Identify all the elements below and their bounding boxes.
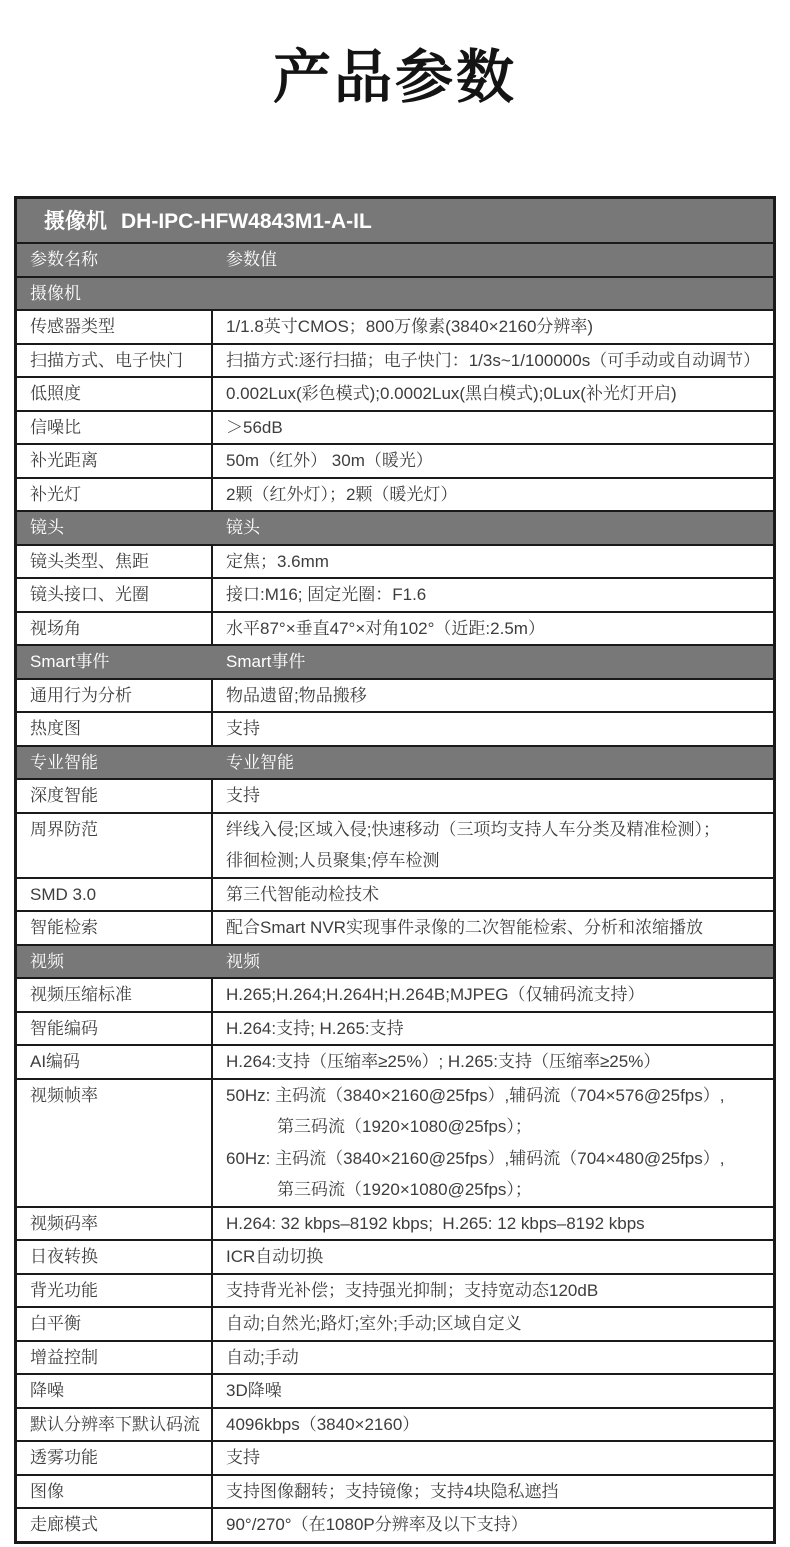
param-name: 默认分辨率下默认码流: [17, 1409, 211, 1441]
param-value: 90°/270°（在1080P分辨率及以下支持）: [211, 1509, 773, 1541]
param-name: 低照度: [17, 378, 211, 410]
param-name: 镜头: [17, 512, 211, 544]
param-name: 镜头类型、焦距: [17, 546, 211, 578]
param-value: ＞56dB: [211, 412, 773, 444]
param-name: 视频帧率: [17, 1080, 211, 1206]
table-header-row: 摄像机DH-IPC-HFW4843M1-A-IL: [17, 199, 773, 244]
spec-row: 智能编码H.264:支持; H.265:支持: [17, 1013, 773, 1047]
product-category: 摄像机: [44, 210, 107, 233]
spec-row: 白平衡自动;自然光;路灯;室外;手动;区域自定义: [17, 1308, 773, 1342]
param-name: 智能检索: [17, 912, 211, 944]
param-value: [211, 278, 773, 310]
param-value: 水平87°×垂直47°×对角102°（近距:2.5m）: [211, 613, 773, 645]
spec-row: SMD 3.0第三代智能动检技术: [17, 879, 773, 913]
param-value: H.265;H.264;H.264H;H.264B;MJPEG（仅辅码流支持）: [211, 979, 773, 1011]
spec-row: 深度智能支持: [17, 780, 773, 814]
param-name: 视频: [17, 946, 211, 978]
param-value: 50m（红外） 30m（暖光）: [211, 445, 773, 477]
param-value: 2颗（红外灯）；2颗（暖光灯）: [211, 479, 773, 511]
param-name: Smart事件: [17, 646, 211, 678]
param-value: 绊线入侵;区域入侵;快速移动（三项均支持人车分类及精准检测）； 徘徊检测;人员聚…: [211, 814, 773, 877]
spec-row: 周界防范绊线入侵;区域入侵;快速移动（三项均支持人车分类及精准检测）； 徘徊检测…: [17, 814, 773, 879]
param-name: SMD 3.0: [17, 879, 211, 911]
param-name: 走廊模式: [17, 1509, 211, 1541]
param-value: 自动;手动: [211, 1342, 773, 1374]
param-name: 深度智能: [17, 780, 211, 812]
param-name: 摄像机: [17, 278, 211, 310]
param-name: 传感器类型: [17, 311, 211, 343]
param-name: 视频压缩标准: [17, 979, 211, 1011]
param-name: 扫描方式、电子快门: [17, 345, 211, 377]
spec-row: 镜头接口、光圈接口:M16; 固定光圈：F1.6: [17, 579, 773, 613]
param-value: 配合Smart NVR实现事件录像的二次智能检索、分析和浓缩播放: [211, 912, 773, 944]
spec-row: 通用行为分析物品遗留;物品搬移: [17, 680, 773, 714]
param-value: 扫描方式:逐行扫描；电子快门：1/3s~1/100000s（可手动或自动调节）: [211, 345, 773, 377]
param-name: 增益控制: [17, 1342, 211, 1374]
spec-row: 扫描方式、电子快门扫描方式:逐行扫描；电子快门：1/3s~1/100000s（可…: [17, 345, 773, 379]
param-value: 第三代智能动检技术: [211, 879, 773, 911]
param-name: 白平衡: [17, 1308, 211, 1340]
section-row: 专业智能专业智能: [17, 747, 773, 781]
param-name: 周界防范: [17, 814, 211, 877]
spec-row: 补光灯2颗（红外灯）；2颗（暖光灯）: [17, 479, 773, 513]
param-value: 0.002Lux(彩色模式);0.0002Lux(黑白模式);0Lux(补光灯开…: [211, 378, 773, 410]
param-value: 支持: [211, 780, 773, 812]
param-name: 补光距离: [17, 445, 211, 477]
spec-row: 透雾功能支持: [17, 1442, 773, 1476]
param-value: 镜头: [211, 512, 773, 544]
param-value: 支持背光补偿；支持强光抑制；支持宽动态120dB: [211, 1275, 773, 1307]
param-value: 支持图像翻转；支持镜像；支持4块隐私遮挡: [211, 1476, 773, 1508]
param-value: H.264: 32 kbps–8192 kbps; H.265: 12 kbps…: [211, 1208, 773, 1240]
section-row: 视频视频: [17, 946, 773, 980]
spec-row: 传感器类型1/1.8英寸CMOS；800万像素(3840×2160分辨率): [17, 311, 773, 345]
section-row: 镜头镜头: [17, 512, 773, 546]
param-name: 透雾功能: [17, 1442, 211, 1474]
param-value: 支持: [211, 713, 773, 745]
param-name: 智能编码: [17, 1013, 211, 1045]
spec-table: 摄像机DH-IPC-HFW4843M1-A-IL 参数名称 参数值 摄像机传感器…: [14, 196, 776, 1544]
spec-row: 智能检索配合Smart NVR实现事件录像的二次智能检索、分析和浓缩播放: [17, 912, 773, 946]
spec-row: 图像支持图像翻转；支持镜像；支持4块隐私遮挡: [17, 1476, 773, 1510]
param-value: ICR自动切换: [211, 1241, 773, 1273]
param-value: 接口:M16; 固定光圈：F1.6: [211, 579, 773, 611]
column-header-row: 参数名称 参数值: [17, 244, 773, 278]
param-value: Smart事件: [211, 646, 773, 678]
spec-row: 镜头类型、焦距定焦；3.6mm: [17, 546, 773, 580]
param-name: 专业智能: [17, 747, 211, 779]
param-name: 背光功能: [17, 1275, 211, 1307]
column-header-value: 参数值: [211, 244, 773, 276]
param-name: 视场角: [17, 613, 211, 645]
spec-row: 默认分辨率下默认码流4096kbps（3840×2160）: [17, 1409, 773, 1443]
param-value: 专业智能: [211, 747, 773, 779]
param-value: H.264:支持; H.265:支持: [211, 1013, 773, 1045]
table-body: 摄像机传感器类型1/1.8英寸CMOS；800万像素(3840×2160分辨率)…: [17, 278, 773, 1541]
param-value: 定焦；3.6mm: [211, 546, 773, 578]
param-value: 4096kbps（3840×2160）: [211, 1409, 773, 1441]
section-row: 摄像机: [17, 278, 773, 312]
spec-row: AI编码H.264:支持（压缩率≥25%）; H.265:支持（压缩率≥25%）: [17, 1046, 773, 1080]
param-value: 支持: [211, 1442, 773, 1474]
spec-row: 增益控制自动;手动: [17, 1342, 773, 1376]
spec-row: 日夜转换ICR自动切换: [17, 1241, 773, 1275]
column-header-name: 参数名称: [17, 244, 211, 276]
param-value: 自动;自然光;路灯;室外;手动;区域自定义: [211, 1308, 773, 1340]
spec-row: 背光功能支持背光补偿；支持强光抑制；支持宽动态120dB: [17, 1275, 773, 1309]
param-name: 视频码率: [17, 1208, 211, 1240]
page-title: 产品参数: [0, 36, 790, 120]
param-value: 物品遗留;物品搬移: [211, 680, 773, 712]
param-name: 日夜转换: [17, 1241, 211, 1273]
param-value: 3D降噪: [211, 1375, 773, 1407]
param-value: 50Hz: 主码流（3840×2160@25fps）,辅码流（704×576@2…: [211, 1080, 773, 1206]
section-row: Smart事件Smart事件: [17, 646, 773, 680]
param-value: 视频: [211, 946, 773, 978]
param-name: 补光灯: [17, 479, 211, 511]
spec-row: 视频码率H.264: 32 kbps–8192 kbps; H.265: 12 …: [17, 1208, 773, 1242]
param-name: AI编码: [17, 1046, 211, 1078]
spec-row: 走廊模式90°/270°（在1080P分辨率及以下支持）: [17, 1509, 773, 1541]
spec-row: 视频压缩标准H.265;H.264;H.264H;H.264B;MJPEG（仅辅…: [17, 979, 773, 1013]
param-name: 通用行为分析: [17, 680, 211, 712]
param-name: 图像: [17, 1476, 211, 1508]
spec-row: 热度图支持: [17, 713, 773, 747]
param-name: 热度图: [17, 713, 211, 745]
spec-row: 低照度0.002Lux(彩色模式);0.0002Lux(黑白模式);0Lux(补…: [17, 378, 773, 412]
product-model: DH-IPC-HFW4843M1-A-IL: [121, 210, 372, 233]
spec-row: 信噪比＞56dB: [17, 412, 773, 446]
spec-row: 补光距离50m（红外） 30m（暖光）: [17, 445, 773, 479]
spec-row: 视场角水平87°×垂直47°×对角102°（近距:2.5m）: [17, 613, 773, 647]
param-name: 镜头接口、光圈: [17, 579, 211, 611]
spec-row: 视频帧率50Hz: 主码流（3840×2160@25fps）,辅码流（704×5…: [17, 1080, 773, 1208]
param-name: 降噪: [17, 1375, 211, 1407]
param-value: H.264:支持（压缩率≥25%）; H.265:支持（压缩率≥25%）: [211, 1046, 773, 1078]
spec-row: 降噪3D降噪: [17, 1375, 773, 1409]
param-name: 信噪比: [17, 412, 211, 444]
param-value: 1/1.8英寸CMOS；800万像素(3840×2160分辨率): [211, 311, 773, 343]
